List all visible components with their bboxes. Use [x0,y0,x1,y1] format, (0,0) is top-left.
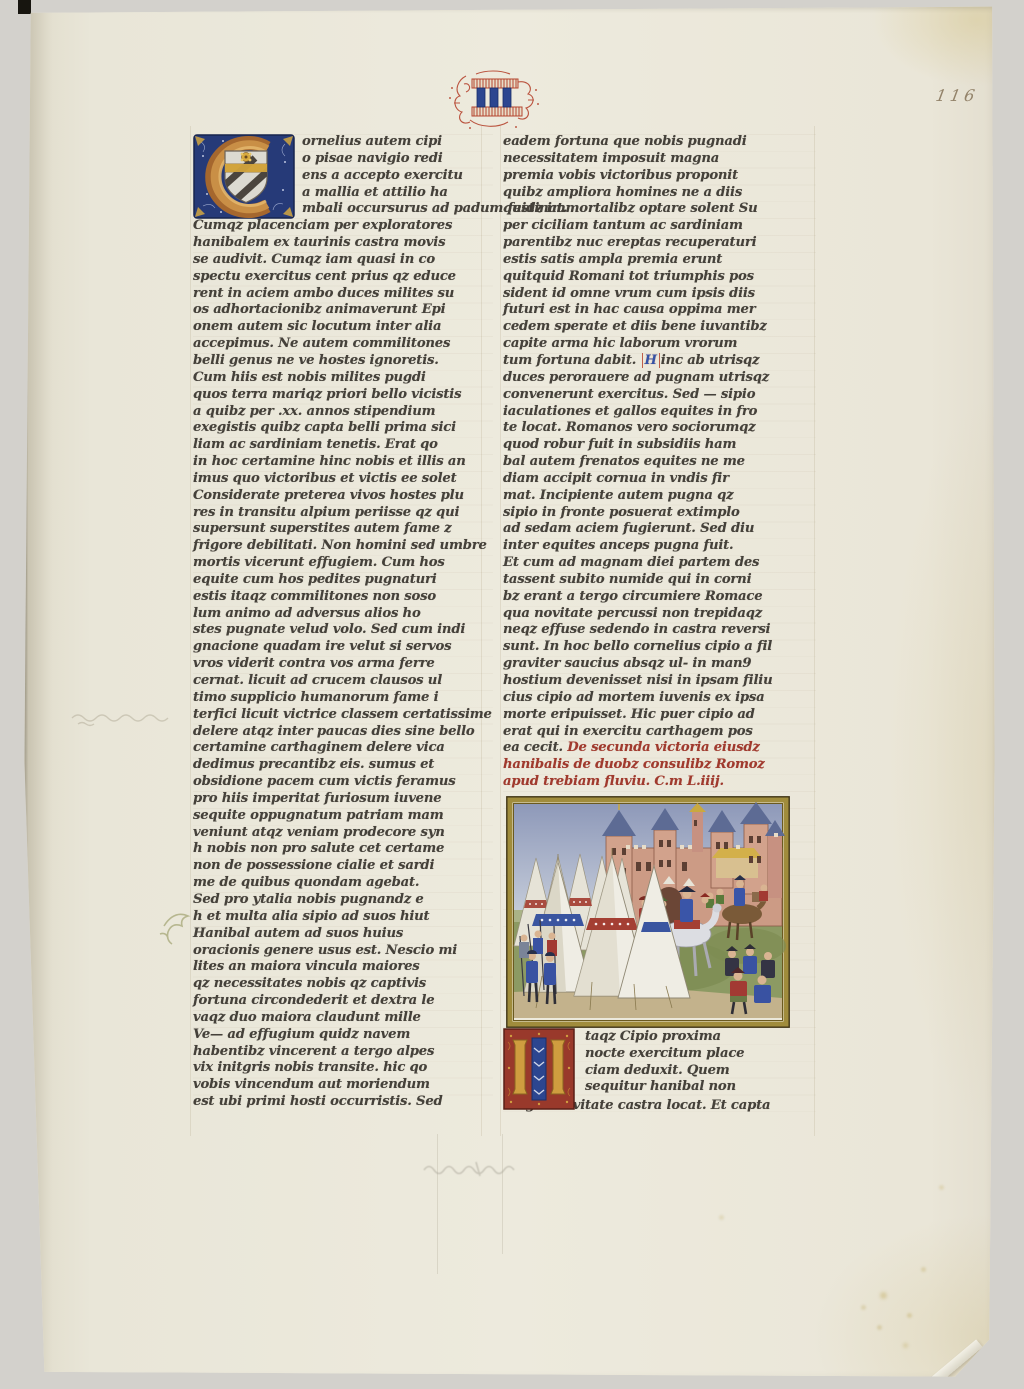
text-line: lites an maiora vincula maiores [193,959,493,976]
ruling-line [190,126,191,1136]
text-line: cernat. licuit ad crucem clausos ul [193,673,493,690]
text-line: h et multa alia sipio ad suos hiut [193,909,493,926]
text-line: h nobis non pro salute cet certame [193,841,493,858]
mixed-red: De secunda victoria eiusdz [567,740,759,755]
miniature-painting [506,796,790,1028]
text-line: Cum hiis est nobis milites pugdi [193,370,493,387]
text-line: bal autem frenatos equites ne me [503,454,816,471]
text-line: capite arma hic laborum vrorum [503,336,816,353]
text-line: certamine carthaginem delere vica [193,740,493,757]
folio-number: 116 [934,86,980,105]
text-line: rent in aciem ambo duces milites su [193,286,493,303]
text-line: quidz immortalibz optare solent Su [503,201,816,218]
text-line: terfici licuit victrice classem certatis… [193,707,493,724]
text-line: Hanibal autem ad suos huius [193,926,493,943]
numeral-III-icon [446,70,542,130]
gutter-shading [27,6,53,1378]
text-line: imus quo victoribus et victis ee solet [193,471,493,488]
line-with-small-initial: tum fortuna dabit. Hinc ab utrisqz [503,353,816,370]
text-line: estis satis ampla premia erunt [503,252,816,269]
text-line: mat. Incipiente autem pugna qz [503,488,816,505]
text-line: premia vobis victoribus proponit [503,168,816,185]
mixed-black-red-line: ea cecit. De secunda victoria eiusdz [503,740,816,757]
text-line: Cumqz placenciam per exploratores [193,218,493,235]
right-column-lines-b: duces perorauere ad pugnam utrisqzconven… [503,370,816,741]
text-line: onem autem sic locutum inter alia [193,319,493,336]
text-column-right: eadem fortuna que nobis pugnadinecessita… [503,134,816,1115]
show-through-text [418,1158,548,1180]
text-line: te locat. Romanos vero sociorumqz [503,420,816,437]
text-line: timo supplicio humanorum fame i [193,690,493,707]
text-line: qua novitate percussi non trepidaqz [503,606,816,623]
faint-marginal-note [68,704,183,730]
crease-line [437,1134,438,1274]
shield-rosette [241,153,252,162]
text-line: a quibz per .xx. annos stipendium [193,404,493,421]
text-line: veniunt atqz veniam prodecore syn [193,825,493,842]
text-line: supersunt superstites autem fame z [193,521,493,538]
text-line: Considerate preterea vivos hostes plu [193,488,493,505]
text-line: me de quibus quondam agebat. [193,875,493,892]
left-column-lines: ornelius autem cipio pisae navigio redie… [193,134,493,1111]
text-line: pro hiis imperitat furiosum iuvene [193,791,493,808]
scan-background: 116 [0,0,1024,1389]
text-line: habentibz vincerent a tergo alpes [193,1044,493,1061]
text-line: graviter saucius absqz ul- in man9 [503,656,816,673]
initial-I-icon [503,1028,575,1110]
text-line: in hoc certamine hinc nobis et illis an [193,454,493,471]
text-line: gnacione quadam ire velut si servos [193,639,493,656]
text-line: vaqz duo maiora claudunt mille [193,1010,493,1027]
text-line: neqz effuse sedendo in castra reversi [503,622,816,639]
text-line: spectu exercitus cent prius qz educe [193,269,493,286]
text-line: convenerunt exercitus. Sed — sipio [503,387,816,404]
text-line: se audivit. Cumqz iam quasi in co [193,252,493,269]
text-line: eadem fortuna que nobis pugnadi [503,134,816,151]
text-line: res in transitu alpium periisse qz qui [193,505,493,522]
small-initial-H: H [642,353,660,368]
text-line: Et cum ad magnam diei partem des [503,555,816,572]
header-numeral-ornament [446,70,542,134]
text-line: delere atqz inter paucas dies sine bello [193,724,493,741]
text-line: qz necessitates nobis qz captivis [193,976,493,993]
crease-line [502,1134,503,1254]
text-line: os adhortacionibz animaverunt Epi [193,302,493,319]
text-line: necessitatem imposuit magna [503,151,816,168]
text-line: cedem sperate et diis bene iuvantibz [503,319,816,336]
text-line: quod robur fuit in subsidiis ham [503,437,816,454]
text-line: ad sedam aciem fugierunt. Sed diu [503,521,816,538]
text-line: exegistis quibz capta belli prima sici [193,420,493,437]
post-miniature-block: taqz Cipio proximanocte exercitum placec… [503,1029,816,1115]
line-suffix: inc ab utrisqz [661,353,760,368]
line-prefix: tum fortuna dabit. [503,353,641,368]
text-column-left: ornelius autem cipio pisae navigio redie… [193,134,493,1111]
text-line: Ve— ad effugium quidz navem [193,1027,493,1044]
text-line: sipio in fronte posuerat extimplo [503,505,816,522]
mixed-black: ea cecit. [503,740,567,755]
text-line: obsidione pacem cum victis feramus [193,774,493,791]
text-line: quitquid Romani tot triumphis pos [503,269,816,286]
text-line: iaculationes et gallos equites in fro [503,404,816,421]
text-line: erat qui in exercitu carthagem pos [503,724,816,741]
text-line: est ubi primi hosti occurristis. Sed [193,1094,493,1111]
text-line: equite cum hos pedites pugnaturi [193,572,493,589]
text-line: bz erant a tergo circumiere Romace [503,589,816,606]
ruling-line [500,126,501,1136]
text-line: vobis vincendum aut moriendum [193,1077,493,1094]
text-line: inter equites anceps pugna fuit. [503,538,816,555]
text-line: fortuna circondederit et dextra le [193,993,493,1010]
text-line: diam accipit cornua in vndis fir [503,471,816,488]
right-column-lines-a: eadem fortuna que nobis pugnadinecessita… [503,134,816,353]
rubric-lines: hanibalis de duobz consulibz Romozapud t… [503,757,816,791]
text-line: liam ac sardiniam tenetis. Erat qo [193,437,493,454]
text-line: stes pugnate velud volo. Sed cum indi [193,622,493,639]
text-line: oracionis genere usus est. Nescio mi [193,943,493,960]
text-line: estis itaqz commilitones non soso [193,589,493,606]
text-line: futuri est in hac causa oppima mer [503,302,816,319]
text-line: morte eripuisset. Hic puer cipio ad [503,707,816,724]
illuminated-initial-C [193,135,295,203]
text-line: quibz ampliora homines ne a diis [503,185,816,202]
text-line: cius cipio ad mortem iuvenis ex ipsa [503,690,816,707]
text-line: duces perorauere ad pugnam utrisqz [503,370,816,387]
illuminated-initial-I [503,1030,579,1098]
text-line: per ciciliam tantum ac sardiniam [503,218,816,235]
text-line: sunt. In hoc bello cornelius cipio a fil [503,639,816,656]
text-line: hostium devenisset nisi in ipsam filiu [503,673,816,690]
text-line: vix initgris nobis transite. hic qo [193,1060,493,1077]
page-corner-curl [919,1339,982,1389]
text-line: vros viderit contra vos arma ferre [193,656,493,673]
binding-tab [18,0,31,14]
initial-C-icon [193,134,295,219]
text-line: sequite oppugnatum patriam mam [193,808,493,825]
text-line: parentibz nuc ereptas recuperaturi [503,235,816,252]
text-line: lum animo ad adversus alios ho [193,606,493,623]
text-line: belli genus ne ve hostes ignoretis. [193,353,493,370]
text-line: Sed pro ytalia nobis pugnandz e [193,892,493,909]
miniature-scene [514,802,786,1018]
text-line: apud trebiam fluviu. C.m L.iiij. [503,774,816,791]
text-line: frigore debilitati. Non homini sed umbre [193,538,493,555]
text-line: non de possessione cialie et sardi [193,858,493,875]
faded-initial-flourish [158,904,192,948]
text-line: sident id omne vrum cum ipsis diis [503,286,816,303]
text-line: hanibalis de duobz consulibz Romoz [503,757,816,774]
text-line: mortis vicerunt effugiem. Cum hos [193,555,493,572]
manuscript-page: 116 [20,6,996,1378]
text-line: tassent subito numide qui in corni [503,572,816,589]
text-line: quos terra mariqz priori bello vicistis [193,387,493,404]
text-line: hanibalem ex taurinis castra movis [193,235,493,252]
text-line: accepimus. Ne autem commilitones [193,336,493,353]
text-line: dedimus precantibz eis. sumus et [193,757,493,774]
